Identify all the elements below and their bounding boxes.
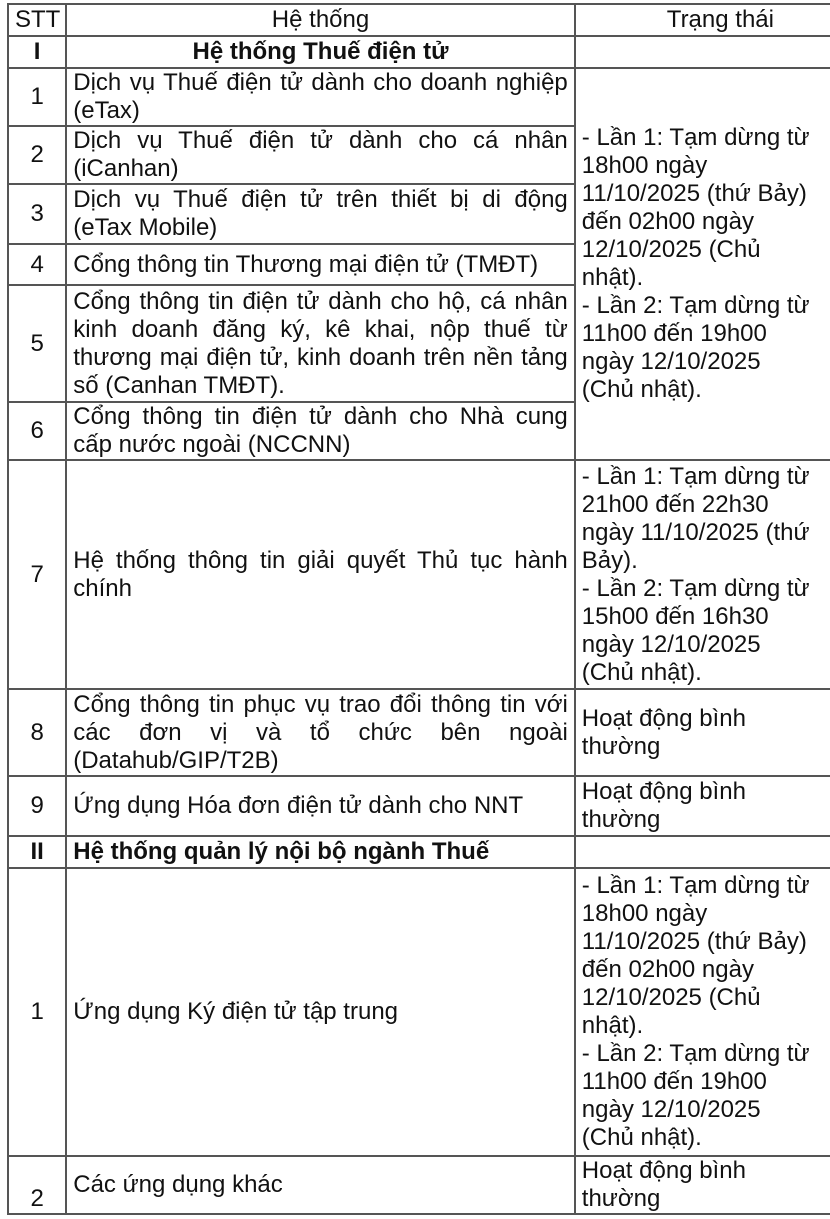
status-line: 12/10/2025 (Chủ xyxy=(582,984,830,1012)
status-line: Hoạt động bình xyxy=(582,705,830,733)
status-line: ngày 12/10/2025 xyxy=(582,631,830,659)
status-cell: Hoạt động bìnhthường xyxy=(575,1156,830,1214)
status-text: Hoạt động bìnhthường xyxy=(582,1157,830,1213)
status-line: 11h00 đến 19h00 xyxy=(582,1068,830,1096)
status-line: Bảy). xyxy=(582,547,830,575)
status-text: Hoạt động bìnhthường xyxy=(582,778,830,834)
section-row-1: I Hệ thống Thuế điện tử xyxy=(8,36,830,68)
status-cell-group-1-6: - Lần 1: Tạm dừng từ18h00 ngày11/10/2025… xyxy=(575,68,830,460)
system-name: Ứng dụng Hóa đơn điện tử dành cho NNT xyxy=(66,776,575,836)
status-line: nhật). xyxy=(582,1012,830,1040)
table-row: 9 Ứng dụng Hóa đơn điện tử dành cho NNT … xyxy=(8,776,830,836)
table-row: 2 Các ứng dụng khác Hoạt động bìnhthường xyxy=(8,1156,830,1214)
status-line: đến 02h00 ngày xyxy=(582,956,830,984)
status-line: 18h00 ngày xyxy=(582,152,830,180)
system-name: Dịch vụ Thuế điện tử dành cho cá nhân (i… xyxy=(66,126,575,184)
row-number: 7 xyxy=(8,460,66,689)
section-status-empty xyxy=(575,36,830,68)
system-name: Cổng thông tin Thương mại điện tử (TMĐT) xyxy=(66,244,575,285)
status-line: Hoạt động bình xyxy=(582,778,830,806)
section-number: II xyxy=(8,836,66,868)
status-line: 15h00 đến 16h30 xyxy=(582,603,830,631)
system-name: Dịch vụ Thuế điện tử trên thiết bị di độ… xyxy=(66,184,575,244)
status-line: - Lần 2: Tạm dừng từ xyxy=(582,575,830,603)
system-name: Ứng dụng Ký điện tử tập trung xyxy=(66,868,575,1156)
section-title: Hệ thống Thuế điện tử xyxy=(66,36,575,68)
status-text: - Lần 1: Tạm dừng từ18h00 ngày11/10/2025… xyxy=(582,872,830,1152)
status-text: Hoạt động bìnhthường xyxy=(582,705,830,761)
status-line: - Lần 2: Tạm dừng từ xyxy=(582,1040,830,1068)
section-title: Hệ thống quản lý nội bộ ngành Thuế xyxy=(66,836,575,868)
status-line: ngày 11/10/2025 (thứ xyxy=(582,519,830,547)
system-name: Dịch vụ Thuế điện tử dành cho doanh nghi… xyxy=(66,68,575,126)
system-status-table: STT Hệ thống Trạng thái I Hệ thống Thuế … xyxy=(7,3,830,1215)
status-line: - Lần 1: Tạm dừng từ xyxy=(582,463,830,491)
status-line: (Chủ nhật). xyxy=(582,659,830,687)
status-line: 11/10/2025 (thứ Bảy) xyxy=(582,180,830,208)
status-cell: - Lần 1: Tạm dừng từ21h00 đến 22h30ngày … xyxy=(575,460,830,689)
table-row: 1 Ứng dụng Ký điện tử tập trung - Lần 1:… xyxy=(8,868,830,1156)
table-row: 8 Cổng thông tin phục vụ trao đổi thông … xyxy=(8,689,830,776)
table-row: 7 Hệ thống thông tin giải quyết Thủ tục … xyxy=(8,460,830,689)
row-number: 8 xyxy=(8,689,66,776)
row-number: 3 xyxy=(8,184,66,244)
status-line: nhật). xyxy=(582,264,830,292)
status-line: đến 02h00 ngày xyxy=(582,208,830,236)
row-number: 5 xyxy=(8,285,66,402)
row-number: 2 xyxy=(8,126,66,184)
row-number: 4 xyxy=(8,244,66,285)
status-text: - Lần 1: Tạm dừng từ18h00 ngày11/10/2025… xyxy=(582,124,830,404)
status-line: Hoạt động bình xyxy=(582,1157,830,1185)
status-line: 11h00 đến 19h00 xyxy=(582,320,830,348)
row-number: 6 xyxy=(8,402,66,460)
status-line: thường xyxy=(582,806,830,834)
system-name: Cổng thông tin điện tử dành cho Nhà cung… xyxy=(66,402,575,460)
status-line: (Chủ nhật). xyxy=(582,376,830,404)
section-number: I xyxy=(8,36,66,68)
status-line: - Lần 2: Tạm dừng từ xyxy=(582,292,830,320)
status-line: - Lần 1: Tạm dừng từ xyxy=(582,872,830,900)
status-line: thường xyxy=(582,733,830,761)
system-name: Cổng thông tin điện tử dành cho hộ, cá n… xyxy=(66,285,575,402)
row-number: 9 xyxy=(8,776,66,836)
status-line: 18h00 ngày xyxy=(582,900,830,928)
row-number: 1 xyxy=(8,868,66,1156)
status-line: thường xyxy=(582,1185,830,1213)
status-cell: Hoạt động bìnhthường xyxy=(575,689,830,776)
section-row-2: II Hệ thống quản lý nội bộ ngành Thuế xyxy=(8,836,830,868)
header-system: Hệ thống xyxy=(66,4,575,36)
status-line: ngày 12/10/2025 xyxy=(582,1096,830,1124)
section-status-empty xyxy=(575,836,830,868)
status-cell: - Lần 1: Tạm dừng từ18h00 ngày11/10/2025… xyxy=(575,868,830,1156)
status-cell: Hoạt động bìnhthường xyxy=(575,776,830,836)
table-row: 1 Dịch vụ Thuế điện tử dành cho doanh ng… xyxy=(8,68,830,126)
status-text: - Lần 1: Tạm dừng từ21h00 đến 22h30ngày … xyxy=(582,463,830,687)
status-line: 21h00 đến 22h30 xyxy=(582,491,830,519)
status-line: - Lần 1: Tạm dừng từ xyxy=(582,124,830,152)
status-line: ngày 12/10/2025 xyxy=(582,348,830,376)
header-status: Trạng thái xyxy=(575,4,830,36)
system-name: Các ứng dụng khác xyxy=(66,1156,575,1214)
table-header-row: STT Hệ thống Trạng thái xyxy=(8,4,830,36)
header-stt: STT xyxy=(8,4,66,36)
status-line: 11/10/2025 (thứ Bảy) xyxy=(582,928,830,956)
system-name: Cổng thông tin phục vụ trao đổi thông ti… xyxy=(66,689,575,776)
status-line: 12/10/2025 (Chủ xyxy=(582,236,830,264)
row-number: 1 xyxy=(8,68,66,126)
status-line: (Chủ nhật). xyxy=(582,1124,830,1152)
row-number: 2 xyxy=(8,1156,66,1214)
system-name: Hệ thống thông tin giải quyết Thủ tục hà… xyxy=(66,460,575,689)
